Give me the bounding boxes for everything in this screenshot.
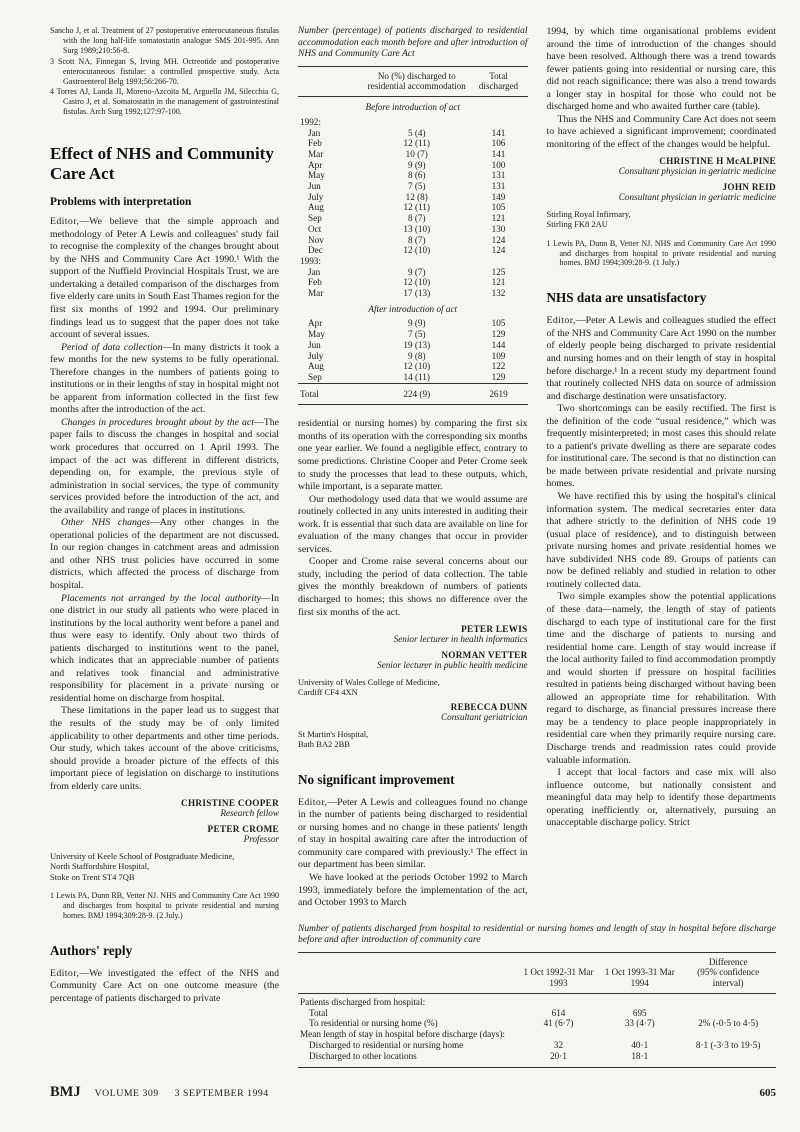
right-column: 1994, by which time organisational probl… bbox=[547, 22, 777, 910]
table-cell: 1993: bbox=[298, 256, 364, 267]
table-cell: Jun bbox=[298, 181, 364, 192]
letter-title: Effect of NHS and Community Care Act bbox=[50, 144, 279, 183]
journal-name: BMJ bbox=[50, 1084, 81, 1101]
table-row: Apr9 (9)100 bbox=[298, 160, 528, 171]
table-row: 1993: bbox=[298, 256, 528, 267]
table-row: July12 (8)149 bbox=[298, 192, 528, 203]
section-heading: No significant improvement bbox=[298, 772, 528, 788]
table-cell: Mar bbox=[298, 288, 364, 299]
paragraph: Period of data collection—In many distri… bbox=[50, 342, 279, 417]
address-line: Cardiff CF4 4XN bbox=[298, 687, 528, 697]
table-cell: 8·1 (-3·3 to 19·5) bbox=[680, 1040, 776, 1051]
signature-block: PETER CROME Professor bbox=[50, 824, 279, 845]
editor-lead: Editor, bbox=[547, 315, 576, 326]
table-cell: Jan bbox=[298, 128, 364, 139]
editor-lead: Editor, bbox=[50, 968, 79, 979]
paragraph: We have rectified this by using the hosp… bbox=[547, 491, 777, 591]
length-of-stay-table: 1 Oct 1992-31 Mar 19931 Oct 1993-31 Mar … bbox=[298, 952, 776, 1069]
table-cell: 33 (4·7) bbox=[599, 1018, 680, 1029]
table-cell: 9 (8) bbox=[364, 351, 470, 362]
signature-role: Senior lecturer in health informatics bbox=[298, 634, 528, 645]
reference-item: Sancho J, et al. Treatment of 27 postope… bbox=[50, 26, 279, 56]
table-cell: 125 bbox=[470, 267, 528, 278]
table-cell: 8 (7) bbox=[364, 235, 470, 246]
table-cell: 141 bbox=[470, 128, 528, 139]
table-row: Total614695 bbox=[298, 1008, 776, 1019]
table-cell: 144 bbox=[470, 340, 528, 351]
paragraph: Our methodology used data that we would … bbox=[298, 494, 528, 557]
table-cell bbox=[518, 1029, 599, 1040]
table-section-label: After introduction of act bbox=[298, 299, 528, 319]
table-row: Discharged to other locations20·118·1 bbox=[298, 1051, 776, 1068]
table-cell bbox=[680, 1051, 776, 1068]
table-cell: Mean length of stay in hospital before d… bbox=[298, 1029, 518, 1040]
signature-name: NORMAN VETTER bbox=[298, 650, 528, 660]
middle-column: Number (percentage) of patients discharg… bbox=[298, 22, 528, 910]
table-cell bbox=[364, 117, 470, 128]
column-header: 1 Oct 1992-31 Mar 1993 bbox=[518, 952, 599, 993]
table-cell: Patients discharged from hospital: bbox=[298, 994, 518, 1008]
table-cell: 2% (-0·5 to 4·5) bbox=[680, 1018, 776, 1029]
table-cell: 32 bbox=[518, 1040, 599, 1051]
table-cell: 12 (10) bbox=[364, 361, 470, 372]
table-cell: Nov bbox=[298, 235, 364, 246]
table-cell: 124 bbox=[470, 235, 528, 246]
table-cell: 12 (11) bbox=[364, 138, 470, 149]
table-cell: Sep bbox=[298, 213, 364, 224]
paragraph-text: —In one district in our study all patien… bbox=[50, 593, 279, 704]
table-cell: To residential or nursing home (%) bbox=[298, 1018, 518, 1029]
signature-block: NORMAN VETTER Senior lecturer in public … bbox=[298, 650, 528, 671]
table-cell: 106 bbox=[470, 138, 528, 149]
editor-lead: Editor, bbox=[50, 216, 79, 227]
left-column: Sancho J, et al. Treatment of 27 postope… bbox=[50, 22, 279, 1068]
signature-block: CHRISTINE COOPER Research fellow bbox=[50, 798, 279, 819]
table-row: Apr9 (9)105 bbox=[298, 318, 528, 329]
table-cell: Feb bbox=[298, 138, 364, 149]
italic-lead: Period of data collection bbox=[61, 342, 162, 353]
table-cell: 129 bbox=[470, 372, 528, 383]
table-cell: 105 bbox=[470, 202, 528, 213]
table-cell: Discharged to other locations bbox=[298, 1051, 518, 1068]
table-row: Sep14 (11)129 bbox=[298, 372, 528, 383]
table-row: Jan9 (7)125 bbox=[298, 267, 528, 278]
signature-block: REBECCA DUNN Consultant geriatrician bbox=[298, 702, 528, 723]
paragraph: We have looked at the periods October 19… bbox=[298, 872, 528, 910]
signature-role: Consultant physician in geriatric medici… bbox=[547, 166, 777, 177]
table-cell: 18·1 bbox=[599, 1051, 680, 1068]
paragraph: Placements not arranged by the local aut… bbox=[50, 593, 279, 706]
address-line: University of Keele School of Postgradua… bbox=[50, 851, 279, 861]
address-line: University of Wales College of Medicine, bbox=[298, 677, 528, 687]
table-cell: 131 bbox=[470, 170, 528, 181]
table-cell: 9 (9) bbox=[364, 160, 470, 171]
paragraph-text: —Any other changes in the operational po… bbox=[50, 517, 279, 591]
volume-label: VOLUME 309 bbox=[95, 1088, 159, 1099]
table-cell bbox=[470, 117, 528, 128]
table-cell: 129 bbox=[470, 329, 528, 340]
table-row: Before introduction of act bbox=[298, 97, 528, 117]
table-row: Feb12 (11)106 bbox=[298, 138, 528, 149]
table-cell: 132 bbox=[470, 288, 528, 299]
signature-block: JOHN REID Consultant physician in geriat… bbox=[547, 182, 777, 203]
italic-lead: Changes in procedures brought about by t… bbox=[61, 417, 254, 428]
table-cell bbox=[364, 256, 470, 267]
column-header bbox=[298, 952, 518, 993]
table-row: Mar17 (13)132 bbox=[298, 288, 528, 299]
table-row: Nov8 (7)124 bbox=[298, 235, 528, 246]
signature-name: REBECCA DUNN bbox=[298, 702, 528, 712]
column-header: No (%) discharged to residential accommo… bbox=[364, 66, 470, 97]
letter-subheading: Problems with interpretation bbox=[50, 196, 279, 208]
table-cell: 9 (9) bbox=[364, 318, 470, 329]
bottom-table-section: Number of patients discharged from hospi… bbox=[298, 924, 776, 1069]
table-cell: 8 (6) bbox=[364, 170, 470, 181]
table-cell: 20·1 bbox=[518, 1051, 599, 1068]
table-cell: Jan bbox=[298, 267, 364, 278]
table-cell: 12 (8) bbox=[364, 192, 470, 203]
table-cell: 40·1 bbox=[599, 1040, 680, 1051]
table-row: Mean length of stay in hospital before d… bbox=[298, 1029, 776, 1040]
paragraph: Thus the NHS and Community Care Act does… bbox=[547, 114, 777, 152]
table-row: Aug12 (10)122 bbox=[298, 361, 528, 372]
table-cell: 12 (11) bbox=[364, 202, 470, 213]
paragraph: I accept that local factors and case mix… bbox=[547, 767, 777, 830]
table-cell: 121 bbox=[470, 277, 528, 288]
table-cell: 19 (13) bbox=[364, 340, 470, 351]
column-header: 1 Oct 1993-31 Mar 1994 bbox=[599, 952, 680, 993]
table-cell: 105 bbox=[470, 318, 528, 329]
signature-role: Professor bbox=[50, 834, 279, 845]
signature-name: PETER CROME bbox=[50, 824, 279, 834]
table-row: Mar10 (7)141 bbox=[298, 149, 528, 160]
page-number: 605 bbox=[760, 1087, 777, 1099]
table-cell: 122 bbox=[470, 361, 528, 372]
table-cell: 17 (13) bbox=[364, 288, 470, 299]
paragraph-text: —Peter A Lewis and colleagues found no c… bbox=[298, 797, 528, 871]
table-cell: May bbox=[298, 170, 364, 181]
table-cell: 100 bbox=[470, 160, 528, 171]
table-cell: Total bbox=[298, 383, 364, 405]
signature-name: PETER LEWIS bbox=[298, 624, 528, 634]
table-cell bbox=[518, 994, 599, 1008]
table-cell: 695 bbox=[599, 1008, 680, 1019]
section-heading: NHS data are unsatisfactory bbox=[547, 290, 777, 306]
table-cell: 14 (11) bbox=[364, 372, 470, 383]
editor-lead: Editor, bbox=[298, 797, 327, 808]
signature-name: JOHN REID bbox=[547, 182, 777, 192]
table-cell bbox=[470, 256, 528, 267]
table-cell: Total bbox=[298, 1008, 518, 1019]
table-cell: 1992: bbox=[298, 117, 364, 128]
table-cell: Mar bbox=[298, 149, 364, 160]
monthly-discharge-table: No (%) discharged to residential accommo… bbox=[298, 66, 528, 406]
signature-role: Research fellow bbox=[50, 808, 279, 819]
address-block: Stirling Royal Infirmary, Stirling FK8 2… bbox=[547, 209, 777, 230]
table-row: May7 (5)129 bbox=[298, 329, 528, 340]
table-row: Patients discharged from hospital: bbox=[298, 994, 776, 1008]
table-cell: 12 (10) bbox=[364, 245, 470, 256]
paragraph: Editor,—We believe that the simple appro… bbox=[50, 216, 279, 341]
table-cell: 8 (7) bbox=[364, 213, 470, 224]
paragraph: 1994, by which time organisational probl… bbox=[547, 26, 777, 114]
table-cell bbox=[599, 994, 680, 1008]
table-row: Jun19 (13)144 bbox=[298, 340, 528, 351]
paragraph: Editor,—Peter A Lewis and colleagues fou… bbox=[298, 797, 528, 872]
table-cell: 41 (6·7) bbox=[518, 1018, 599, 1029]
address-line: Stirling Royal Infirmary, bbox=[547, 209, 777, 219]
paragraph: Cooper and Crome raise several concerns … bbox=[298, 556, 528, 619]
reference-item: 1 Lewis PA, Dunn B, Vetter NJ. NHS and C… bbox=[547, 239, 777, 269]
signature-name: CHRISTINE COOPER bbox=[50, 798, 279, 808]
issue-date: 3 SEPTEMBER 1994 bbox=[175, 1088, 269, 1099]
journal-page: Sancho J, et al. Treatment of 27 postope… bbox=[0, 0, 800, 1132]
paragraph: Other NHS changes—Any other changes in t… bbox=[50, 517, 279, 592]
table-row: Total224 (9)2619 bbox=[298, 383, 528, 405]
table-cell: 7 (5) bbox=[364, 181, 470, 192]
paragraph: residential or nursing homes) by compari… bbox=[298, 418, 528, 493]
table-cell: Apr bbox=[298, 318, 364, 329]
table-cell: Oct bbox=[298, 224, 364, 235]
table-cell: 5 (4) bbox=[364, 128, 470, 139]
table-cell: Dec bbox=[298, 245, 364, 256]
italic-lead: Other NHS changes bbox=[61, 517, 150, 528]
table-cell bbox=[680, 1008, 776, 1019]
table-cell: Discharged to residential or nursing hom… bbox=[298, 1040, 518, 1051]
table-cell: Feb bbox=[298, 277, 364, 288]
reference-list: Sancho J, et al. Treatment of 27 postope… bbox=[50, 26, 279, 117]
table-cell: July bbox=[298, 192, 364, 203]
table-row: Feb12 (10)121 bbox=[298, 277, 528, 288]
right-section: Number (percentage) of patients discharg… bbox=[298, 22, 776, 1068]
reference-item: 3 Scott NA, Finnegan S, Irving MH. Octre… bbox=[50, 57, 279, 87]
table-cell: Apr bbox=[298, 160, 364, 171]
table-cell: 130 bbox=[470, 224, 528, 235]
paragraph: Two simple examples show the potential a… bbox=[547, 591, 777, 767]
table-cell: 149 bbox=[470, 192, 528, 203]
column-header: Total discharged bbox=[470, 66, 528, 97]
table-cell: Sep bbox=[298, 372, 364, 383]
italic-lead: Placements not arranged by the local aut… bbox=[61, 593, 261, 604]
signature-name: CHRISTINE H McALPINE bbox=[547, 156, 777, 166]
paragraph: Editor,—Peter A Lewis and colleagues stu… bbox=[547, 315, 777, 403]
table-cell: 614 bbox=[518, 1008, 599, 1019]
paragraph: These limitations in the paper lead us t… bbox=[50, 705, 279, 793]
table-cell bbox=[680, 994, 776, 1008]
table-cell: 12 (10) bbox=[364, 277, 470, 288]
table-cell: 2619 bbox=[470, 383, 528, 405]
table-row: After introduction of act bbox=[298, 299, 528, 319]
address-line: Bath BA2 2BB bbox=[298, 739, 528, 749]
paragraph-text: —Peter A Lewis and colleagues studied th… bbox=[547, 315, 777, 401]
reference-item: 4 Torres AJ, Landa JI, Moreno-Azcoita M,… bbox=[50, 87, 279, 117]
address-block: University of Wales College of Medicine,… bbox=[298, 677, 528, 698]
table-cell: 10 (7) bbox=[364, 149, 470, 160]
address-line: St Martin's Hospital, bbox=[298, 729, 528, 739]
table-row: Sep8 (7)121 bbox=[298, 213, 528, 224]
table-cell: 9 (7) bbox=[364, 267, 470, 278]
signature-role: Consultant geriatrician bbox=[298, 712, 528, 723]
paragraph-text: —We believe that the simple approach and… bbox=[50, 216, 279, 340]
signature-role: Consultant physician in geriatric medici… bbox=[547, 192, 777, 203]
table-cell: 13 (10) bbox=[364, 224, 470, 235]
signature-block: PETER LEWIS Senior lecturer in health in… bbox=[298, 624, 528, 645]
table-row: May8 (6)131 bbox=[298, 170, 528, 181]
address-line: Stoke on Trent ST4 7QB bbox=[50, 872, 279, 882]
address-block: St Martin's Hospital, Bath BA2 2BB bbox=[298, 729, 528, 750]
section-heading: Authors' reply bbox=[50, 943, 279, 959]
table-title: Number (percentage) of patients discharg… bbox=[298, 26, 528, 61]
table-cell: 121 bbox=[470, 213, 528, 224]
table-title: Number of patients discharged from hospi… bbox=[298, 924, 776, 947]
signature-block: CHRISTINE H McALPINE Consultant physicia… bbox=[547, 156, 777, 177]
table-row: Discharged to residential or nursing hom… bbox=[298, 1040, 776, 1051]
column-header: Difference (95% confidence interval) bbox=[680, 952, 776, 993]
table-row: Jun7 (5)131 bbox=[298, 181, 528, 192]
table-cell bbox=[680, 1029, 776, 1040]
table-section-label: Before introduction of act bbox=[298, 97, 528, 117]
table-cell: Aug bbox=[298, 361, 364, 372]
table-cell: 7 (5) bbox=[364, 329, 470, 340]
paragraph: Changes in procedures brought about by t… bbox=[50, 417, 279, 517]
table-row: Jan5 (4)141 bbox=[298, 128, 528, 139]
table-cell: 109 bbox=[470, 351, 528, 362]
table-cell: 224 (9) bbox=[364, 383, 470, 405]
address-line: Stirling FK8 2AU bbox=[547, 219, 777, 229]
reference-item: 1 Lewis PA, Dunn RB, Vetter NJ. NHS and … bbox=[50, 891, 279, 921]
address-block: University of Keele School of Postgradua… bbox=[50, 851, 279, 882]
paragraph-text: —We investigated the effect of the NHS a… bbox=[50, 968, 279, 1004]
paragraph-text: —The paper fails to discuss the changes … bbox=[50, 417, 279, 516]
table-cell: 141 bbox=[470, 149, 528, 160]
table-row: To residential or nursing home (%)41 (6·… bbox=[298, 1018, 776, 1029]
signature-role: Senior lecturer in public health medicin… bbox=[298, 660, 528, 671]
table-cell: Jun bbox=[298, 340, 364, 351]
table-cell: 131 bbox=[470, 181, 528, 192]
table-row: Dec12 (10)124 bbox=[298, 245, 528, 256]
table-row: Aug12 (11)105 bbox=[298, 202, 528, 213]
table-cell bbox=[599, 1029, 680, 1040]
table-row: Oct13 (10)130 bbox=[298, 224, 528, 235]
paragraph: Two shortcomings can be easily rectified… bbox=[547, 403, 777, 491]
table-cell: July bbox=[298, 351, 364, 362]
address-line: North Staffordshire Hospital, bbox=[50, 861, 279, 871]
column-header bbox=[298, 66, 364, 97]
table-cell: 124 bbox=[470, 245, 528, 256]
table-cell: Aug bbox=[298, 202, 364, 213]
table-row: 1992: bbox=[298, 117, 528, 128]
table-cell: May bbox=[298, 329, 364, 340]
page-footer: BMJ VOLUME 309 3 SEPTEMBER 1994 605 bbox=[50, 1084, 776, 1108]
table-row: July9 (8)109 bbox=[298, 351, 528, 362]
paragraph: Editor,—We investigated the effect of th… bbox=[50, 968, 279, 1006]
